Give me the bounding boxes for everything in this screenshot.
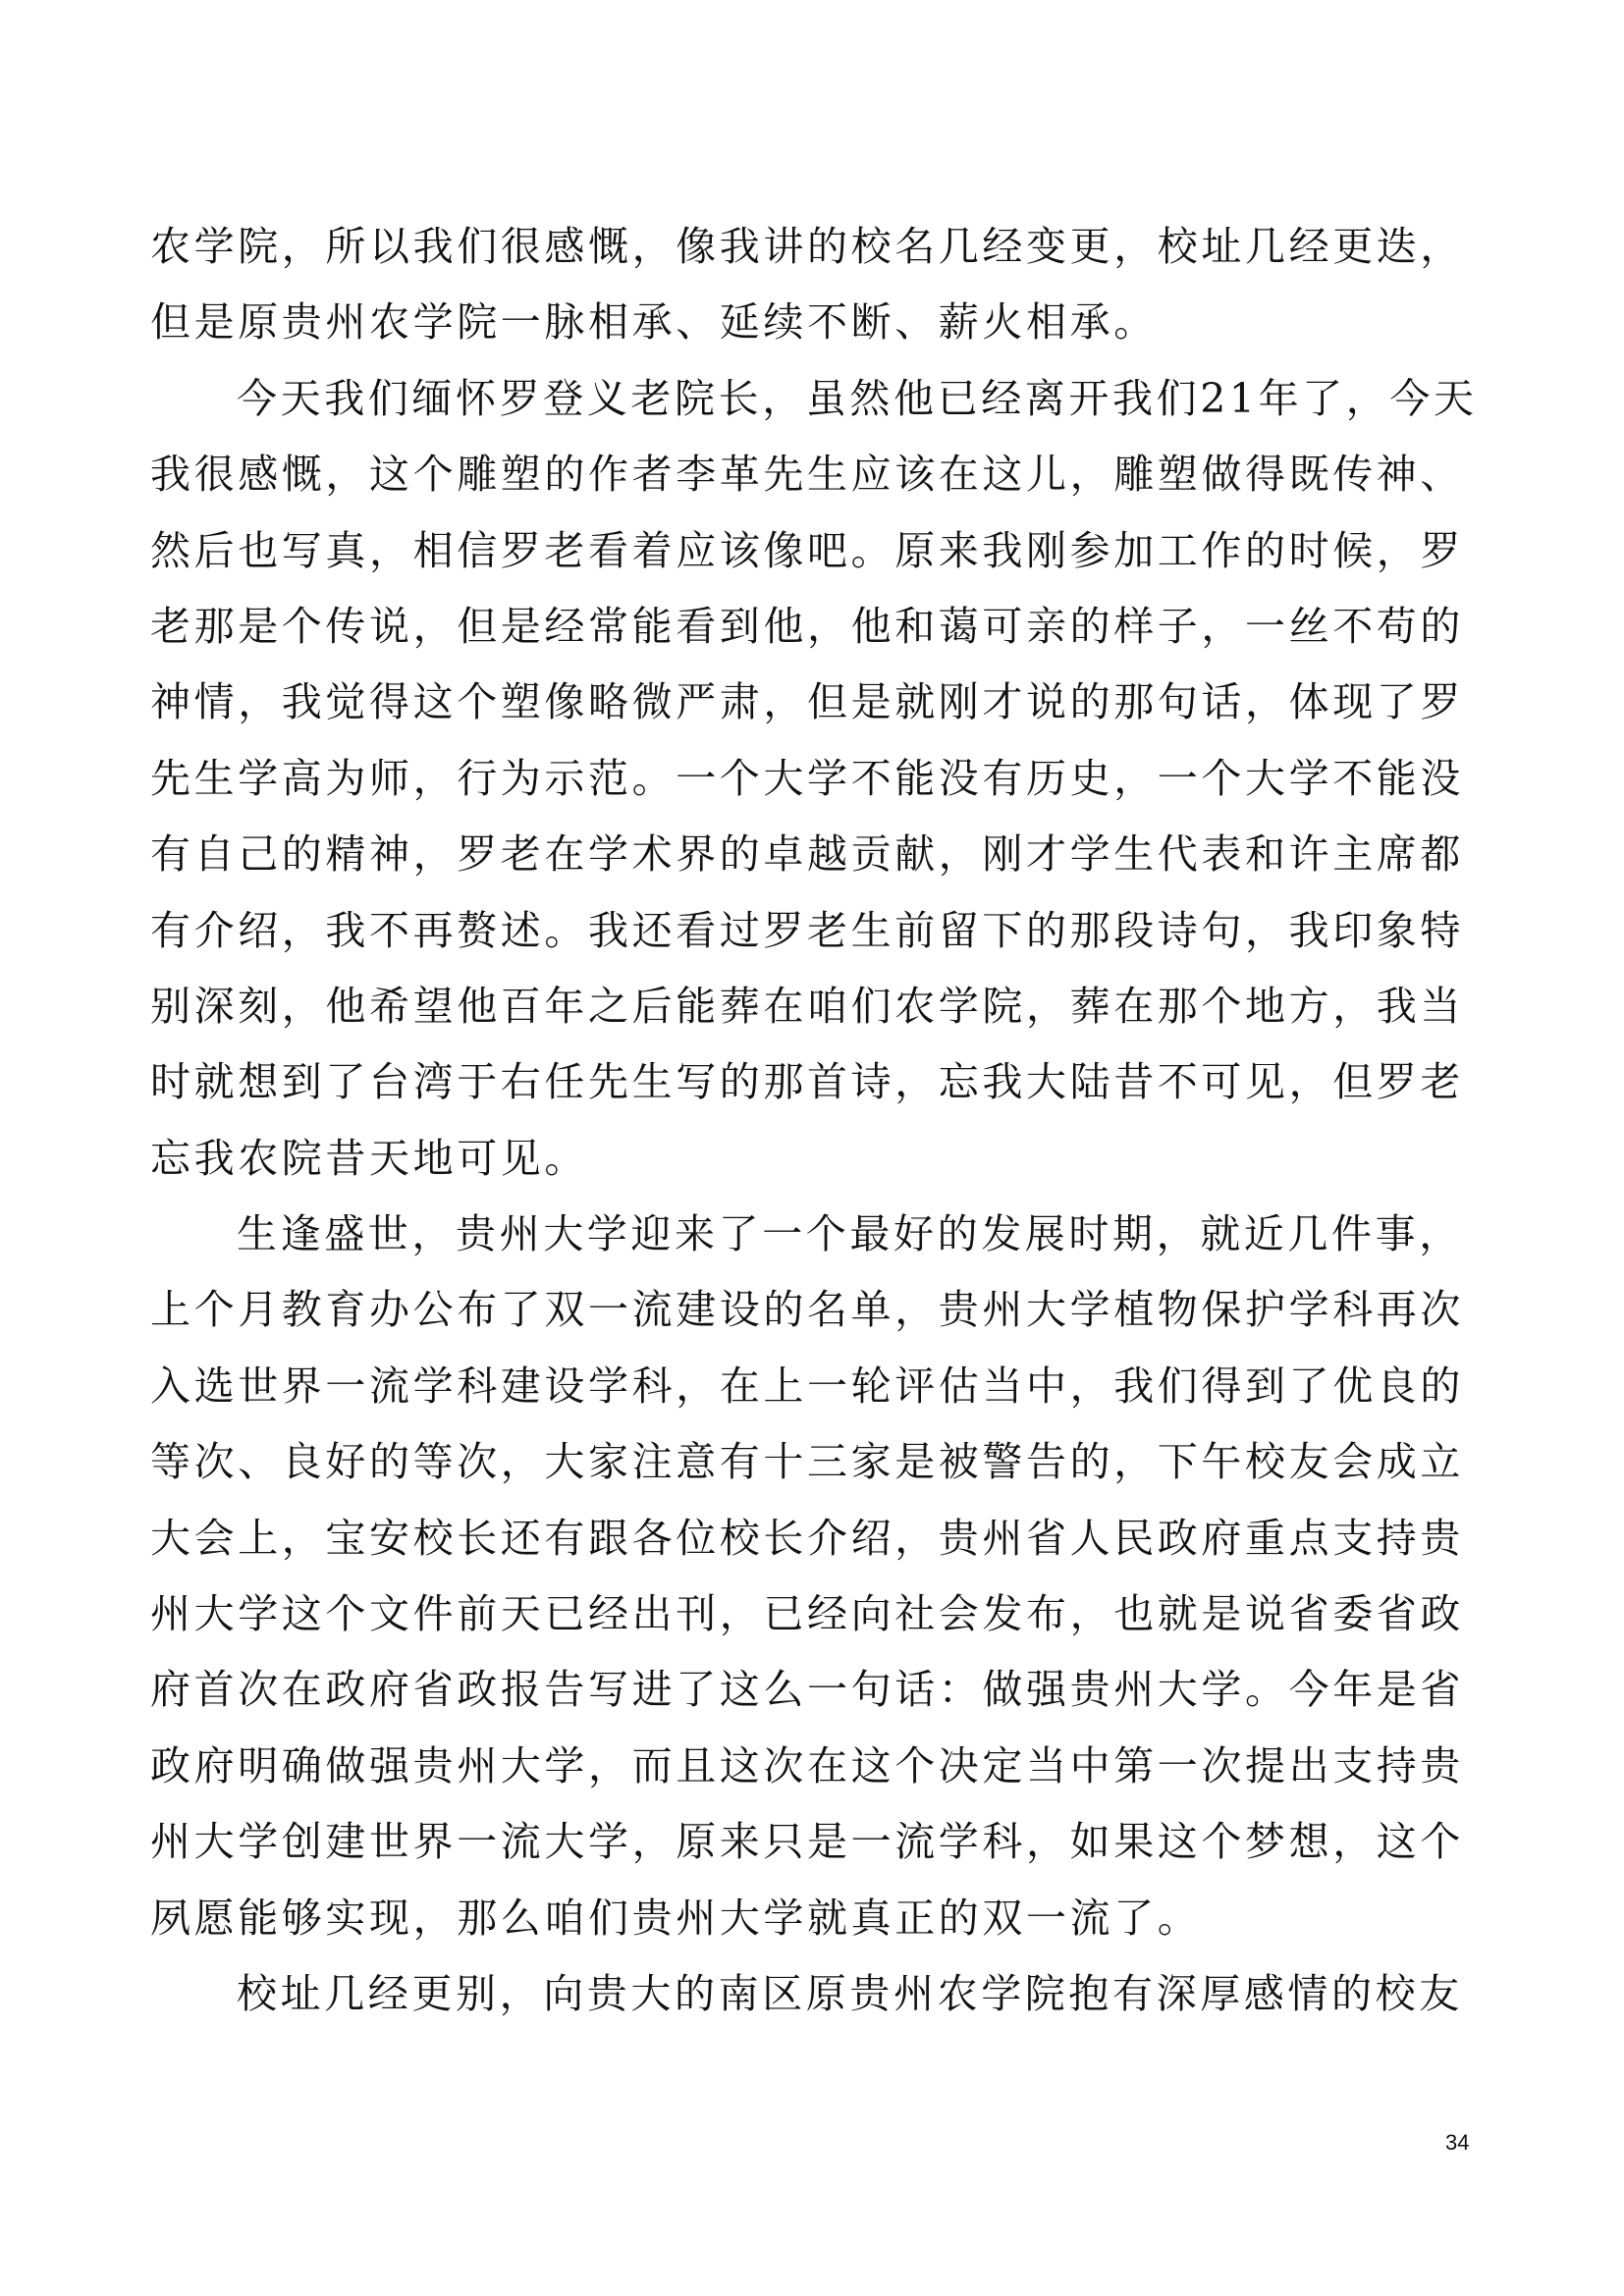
text-line: 州大学这个文件前天已经出刊，已经向社会发布，也就是说省委省政 — [150, 1582, 1488, 1658]
text-line: 州大学创建世界一流大学，原来只是一流学科，如果这个梦想，这个 — [150, 1810, 1488, 1886]
text-line: 夙愿能够实现，那么咱们贵州大学就真正的双一流了。 — [150, 1887, 1488, 1962]
text-line: 有自己的精神，罗老在学术界的卓越贡献，刚才学生代表和许主席都 — [150, 823, 1488, 898]
text-line: 然后也写真，相信罗老看着应该像吧。原来我刚参加工作的时候，罗 — [150, 519, 1488, 595]
text-line: 有介绍，我不再赘述。我还看过罗老生前留下的那段诗句，我印象特 — [150, 899, 1488, 975]
text-line: 时就想到了台湾于右任先生写的那首诗，忘我大陆昔不可见，但罗老 — [150, 1050, 1488, 1126]
paragraph-start-line: 生逢盛世，贵州大学迎来了一个最好的发展时期，就近几件事， — [150, 1202, 1488, 1278]
text-line: 农学院，所以我们很感慨，像我讲的校名几经变更，校址几经更迭， — [150, 215, 1488, 291]
text-line: 但是原贵州农学院一脉相承、延续不断、薪火相承。 — [150, 291, 1488, 366]
body-text: 农学院，所以我们很感慨，像我讲的校名几经变更，校址几经更迭， 但是原贵州农学院一… — [150, 215, 1488, 2038]
document-page: 农学院，所以我们很感慨，像我讲的校名几经变更，校址几经更迭， 但是原贵州农学院一… — [0, 0, 1624, 2296]
text-line: 大会上，宝安校长还有跟各位校长介绍，贵州省人民政府重点支持贵 — [150, 1507, 1488, 1582]
text-line: 上个月教育办公布了双一流建设的名单，贵州大学植物保护学科再次 — [150, 1278, 1488, 1354]
text-line: 别深刻，他希望他百年之后能葬在咱们农学院，葬在那个地方，我当 — [150, 975, 1488, 1050]
text-line: 入选世界一流学科建设学科，在上一轮评估当中，我们得到了优良的 — [150, 1355, 1488, 1430]
paragraph-start-line: 校址几经更别，向贵大的南区原贵州农学院抱有深厚感情的校友 — [150, 1962, 1488, 2038]
paragraph-start-line: 今天我们缅怀罗登义老院长，虽然他已经离开我们21年了，今天 — [150, 367, 1488, 443]
text-line: 忘我农院昔天地可见。 — [150, 1127, 1488, 1202]
text-line: 等次、良好的等次，大家注意有十三家是被警告的，下午校友会成立 — [150, 1430, 1488, 1506]
text-line: 神情，我觉得这个塑像略微严肃，但是就刚才说的那句话，体现了罗 — [150, 670, 1488, 746]
page-number: 34 — [1445, 2130, 1469, 2156]
text-line: 政府明确做强贵州大学，而且这次在这个决定当中第一次提出支持贵 — [150, 1735, 1488, 1810]
text-line: 府首次在政府省政报告写进了这么一句话：做强贵州大学。今年是省 — [150, 1658, 1488, 1734]
text-line: 先生学高为师，行为示范。一个大学不能没有历史，一个大学不能没 — [150, 747, 1488, 823]
text-line: 我很感慨，这个雕塑的作者李革先生应该在这儿，雕塑做得既传神、 — [150, 443, 1488, 518]
text-line: 老那是个传说，但是经常能看到他，他和蔼可亲的样子，一丝不苟的 — [150, 595, 1488, 670]
